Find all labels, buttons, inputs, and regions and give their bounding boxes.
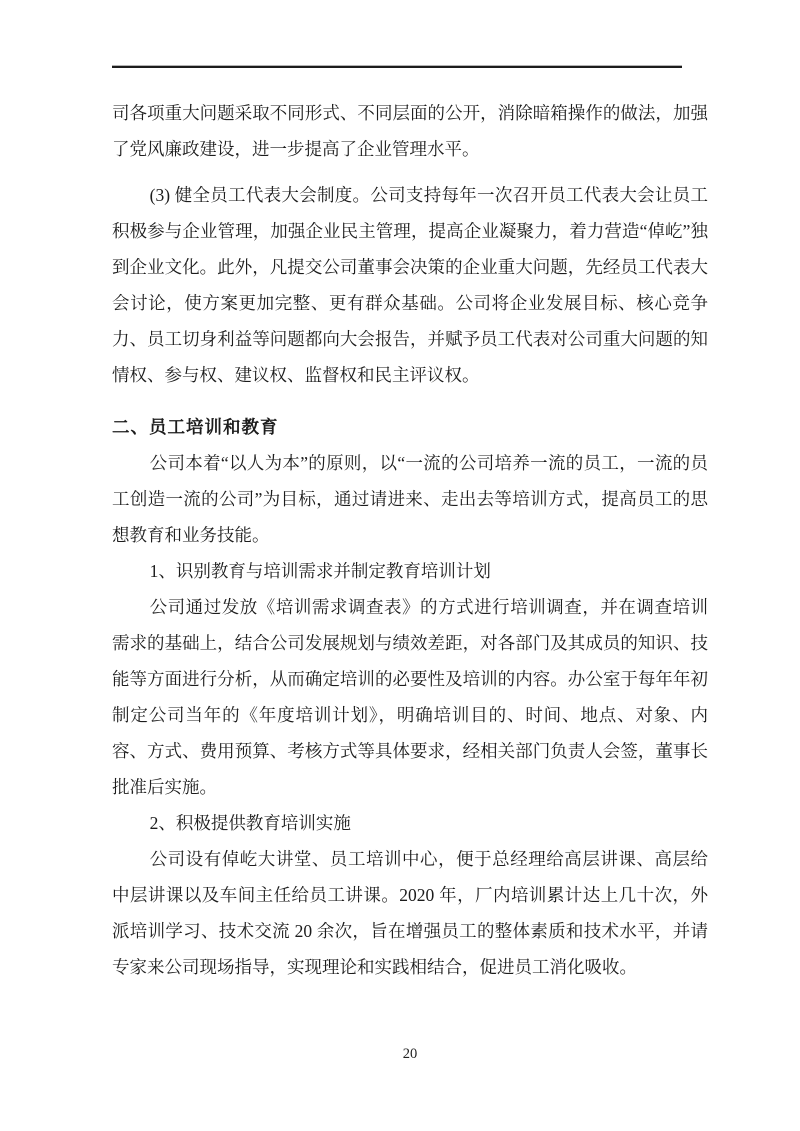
paragraph-item-3: (3) 健全员工代表大会制度。公司支持每年一次召开员工代表大会让员工积极参与企业… — [112, 177, 708, 393]
document-page: 司各项重大问题采取不同形式、不同层面的公开，消除暗箱操作的做法，加强了党风廉政建… — [0, 0, 800, 1131]
page-footer: 20 — [112, 1046, 708, 1063]
list-item-1-title: 1、识别教育与培训需求并制定教育培训计划 — [112, 553, 708, 589]
paragraph-section-intro: 公司本着“以人为本”的原则，以“一流的公司培养一流的员工，一流的员工创造一流的公… — [112, 445, 708, 553]
section-heading-2: 二、员工培训和教育 — [112, 409, 708, 445]
list-item-2-title: 2、积极提供教育培训实施 — [112, 805, 708, 841]
document-body: 司各项重大问题采取不同形式、不同层面的公开，消除暗箱操作的做法，加强了党风廉政建… — [112, 95, 708, 985]
paragraph-item-1-body: 公司通过发放《培训需求调查表》的方式进行培训调查，并在调查培训需求的基础上，结合… — [112, 589, 708, 805]
header-rule — [112, 66, 682, 68]
paragraph-continuation: 司各项重大问题采取不同形式、不同层面的公开，消除暗箱操作的做法，加强了党风廉政建… — [112, 95, 708, 167]
paragraph-item-2-body: 公司设有倬屹大讲堂、员工培训中心，便于总经理给高层讲课、高层给中层讲课以及车间主… — [112, 841, 708, 985]
page-number: 20 — [403, 1046, 418, 1062]
